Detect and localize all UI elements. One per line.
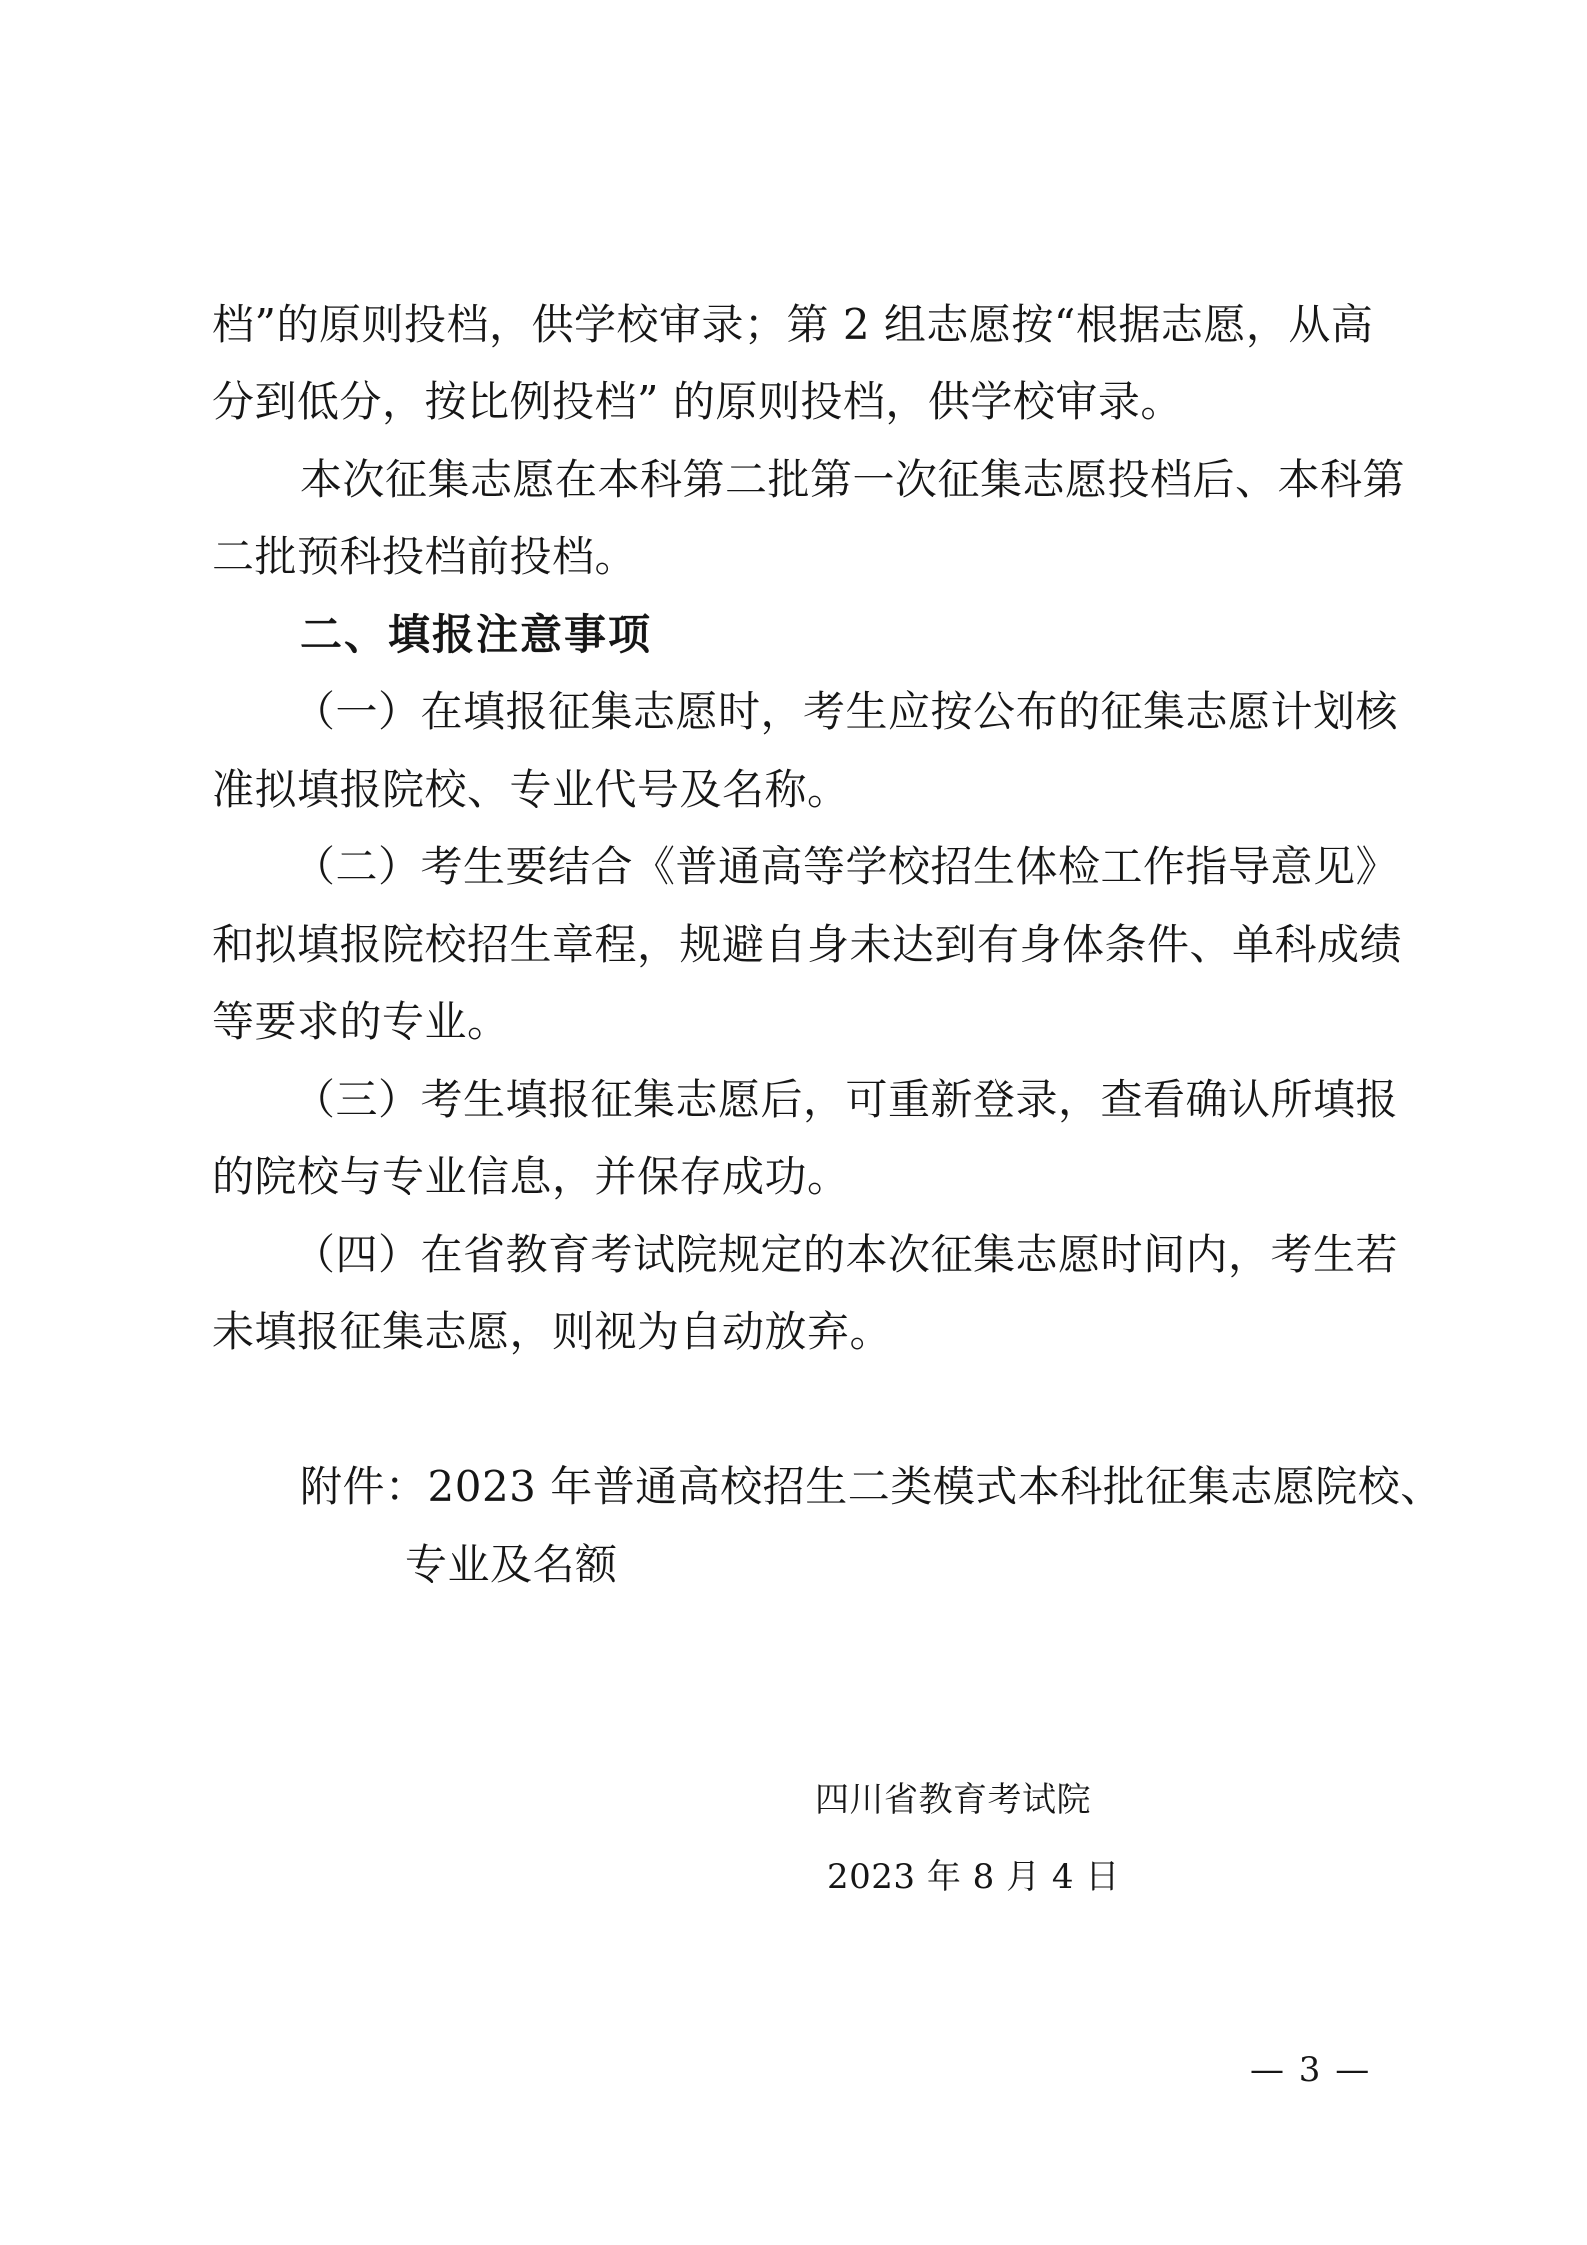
body-line: 档”的原则投档，供学校审录；第 2 组志愿按“根据志愿，从高 [212, 300, 1373, 350]
body-line: （四）在省教育考试院规定的本次征集志愿时间内，考生若 [293, 1230, 1398, 1280]
body-line: （一）在填报征集志愿时，考生应按公布的征集志愿计划核 [293, 687, 1398, 737]
document-page: 档”的原则投档，供学校审录；第 2 组志愿按“根据志愿，从高 分到低分，按比例投… [0, 0, 1587, 2245]
body-line: 等要求的专业。 [212, 997, 510, 1047]
body-line: 的院校与专业信息，并保存成功。 [212, 1152, 850, 1202]
attachment-line: 附件：2023 年普通高校招生二类模式本科批征集志愿院校、 [300, 1462, 1443, 1512]
section-heading: 二、填报注意事项 [300, 610, 652, 660]
page-number: — 3 — [1250, 2050, 1371, 2090]
signature-date: 2023 年 8 月 4 日 [827, 1857, 1120, 1897]
body-line: 准拟填报院校、专业代号及名称。 [212, 765, 850, 815]
body-line: 分到低分，按比例投档” 的原则投档，供学校审录。 [212, 377, 1183, 427]
body-line: 未填报征集志愿，则视为自动放弃。 [212, 1307, 892, 1357]
body-line: 和拟填报院校招生章程，规避自身未达到有身体条件、单科成绩 [212, 920, 1402, 970]
attachment-line: 专业及名额 [405, 1540, 618, 1590]
body-line: （三）考生填报征集志愿后，可重新登录，查看确认所填报 [293, 1075, 1398, 1125]
body-line: （二）考生要结合《普通高等学校招生体检工作指导意见》 [293, 842, 1398, 892]
body-line: 二批预科投档前投档。 [212, 532, 637, 582]
body-line: 本次征集志愿在本科第二批第一次征集志愿投档后、本科第 [300, 455, 1405, 505]
signature-issuer: 四川省教育考试院 [815, 1780, 1091, 1820]
